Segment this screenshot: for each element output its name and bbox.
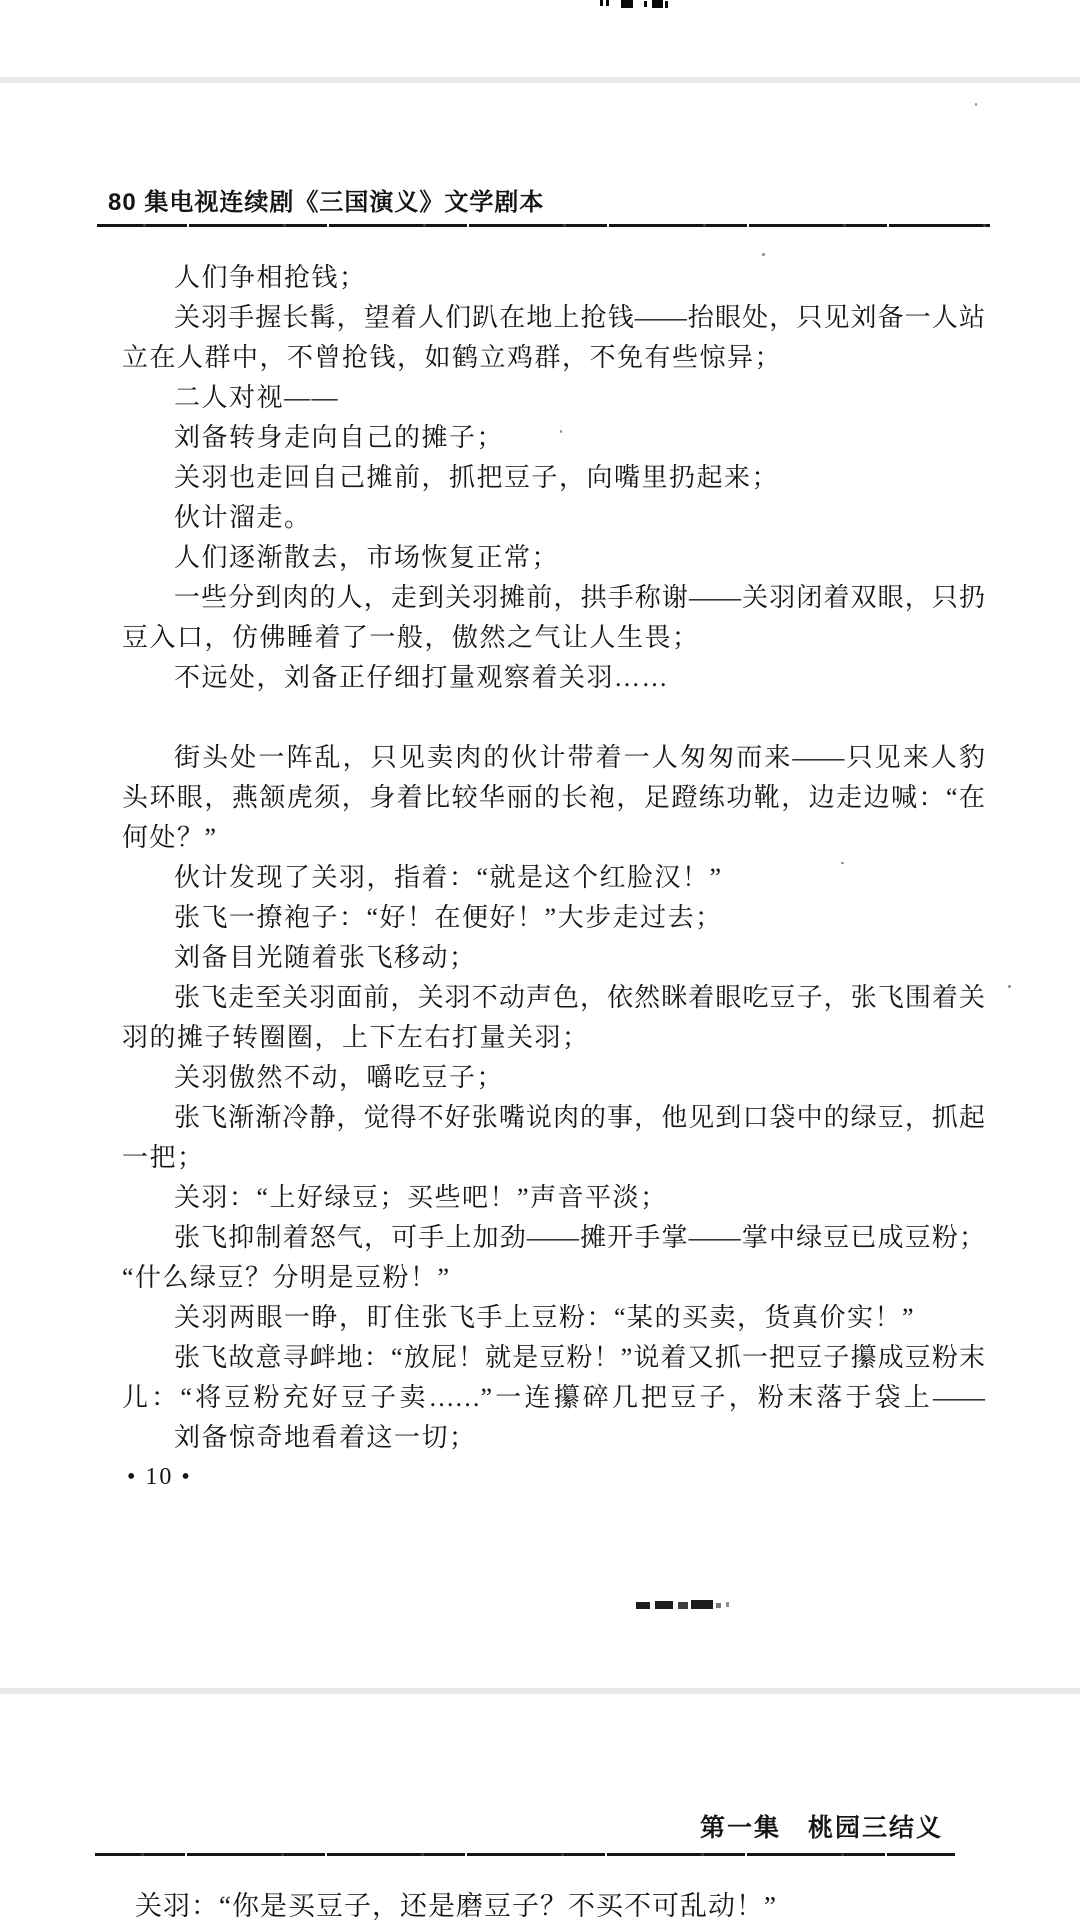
- text-line: 关羽傲然不动，嚼吃豆子；: [122, 1058, 985, 1098]
- scan-speck: [1008, 985, 1011, 988]
- text-line: 张飞故意寻衅地：“放屁！就是豆粉！”说着又抓一把豆子攥成豆粉末: [122, 1338, 985, 1378]
- text-line: 关羽也走回自己摊前，抓把豆子，向嘴里扔起来；: [122, 458, 985, 498]
- text-line: 二人对视——: [122, 378, 985, 418]
- text-line: 刘备转身走向自己的摊子；: [122, 418, 985, 458]
- text-line: 人们逐渐散去，市场恢复正常；: [122, 538, 985, 578]
- text-line: 豆入口，仿佛睡着了一般，傲然之气让人生畏；: [122, 618, 985, 658]
- text-line: 立在人群中，不曾抢钱，如鹤立鸡群，不免有些惊异；: [122, 338, 985, 378]
- running-head-title: 80 集电视连续剧《三国演义》文学剧本: [108, 182, 544, 217]
- text-line: 关羽：“上好绿豆；买些吧！”声音平淡；: [122, 1178, 985, 1218]
- text-line: 一把；: [122, 1138, 985, 1178]
- dialog-line: 关羽：“你是买豆子，还是磨豆子？不买不可乱动！”: [135, 1884, 777, 1920]
- text-line: 头环眼，燕颔虎须，身着比较华丽的长袍，足蹬练功靴，边走边喊：“在: [122, 778, 985, 818]
- text-line: 伙计发现了关羽，指着：“就是这个红脸汉！”: [122, 858, 985, 898]
- text-line: 关羽手握长髯，望着人们趴在地上抢钱——抬眼处，只见刘备一人站: [122, 298, 985, 338]
- script-body-text: 人们争相抢钱；关羽手握长髯，望着人们趴在地上抢钱——抬眼处，只见刘备一人站立在人…: [122, 258, 985, 1458]
- scan-speck: [975, 103, 977, 106]
- smudge-mark: [691, 1600, 713, 1609]
- smudge-mark: [716, 1603, 721, 1608]
- text-line: 张飞一撩袍子：“好！在便好！”大步走过去；: [122, 898, 985, 938]
- page-number: • 10 •: [127, 1464, 192, 1491]
- scan-band-bottom: [0, 1688, 1080, 1694]
- scan-mark: [621, 0, 633, 8]
- running-head-episode: 第一集 桃园三结义: [700, 1808, 943, 1844]
- text-line: 关羽两眼一睁，盯住张飞手上豆粉：“某的买卖，货真价实！”: [122, 1298, 985, 1338]
- text-line: 儿：“将豆粉充好豆子卖……”一连攥碎几把豆子，粉末落于袋上——: [122, 1378, 985, 1418]
- text-line: 张飞抑制着怒气，可手上加劲——摊开手掌——掌中绿豆已成豆粉；: [122, 1218, 985, 1258]
- scan-speck: [762, 253, 765, 256]
- scan-mark: [606, 0, 609, 6]
- scan-mark: [665, 1, 668, 8]
- header-rule: [97, 224, 990, 227]
- text-line: 羽的摊子转圈圈，上下左右打量关羽；: [122, 1018, 985, 1058]
- text-line: 何处？”: [122, 818, 985, 858]
- text-line: 伙计溜走。: [122, 498, 985, 538]
- smudge-mark: [655, 1601, 673, 1609]
- text-line: 张飞走至关羽面前，关羽不动声色，依然眯着眼吃豆子，张飞围着关: [122, 978, 985, 1018]
- smudge-mark: [678, 1602, 688, 1609]
- scan-mark: [644, 1, 647, 7]
- scan-mark: [600, 0, 603, 6]
- scan-mark: [652, 0, 663, 8]
- text-line: 不远处，刘备正仔细打量观察着关羽……: [122, 658, 985, 698]
- blank-line: [122, 698, 985, 738]
- text-line: 张飞渐渐冷静，觉得不好张嘴说肉的事，他见到口袋中的绿豆，抓起: [122, 1098, 985, 1138]
- footer-rule: [95, 1853, 955, 1856]
- text-line: 刘备目光随着张飞移动；: [122, 938, 985, 978]
- scan-band-top: [0, 77, 1080, 83]
- text-line: 刘备惊奇地看着这一切；: [122, 1418, 985, 1458]
- text-line: “什么绿豆？分明是豆粉！”: [122, 1258, 985, 1298]
- smudge-mark: [726, 1602, 729, 1607]
- text-line: 一些分到肉的人，走到关羽摊前，拱手称谢——关羽闭着双眼，只扔: [122, 578, 985, 618]
- text-line: 街头处一阵乱，只见卖肉的伙计带着一人匆匆而来——只见来人豹: [122, 738, 985, 778]
- smudge-mark: [636, 1602, 650, 1609]
- text-line: 人们争相抢钱；: [122, 258, 985, 298]
